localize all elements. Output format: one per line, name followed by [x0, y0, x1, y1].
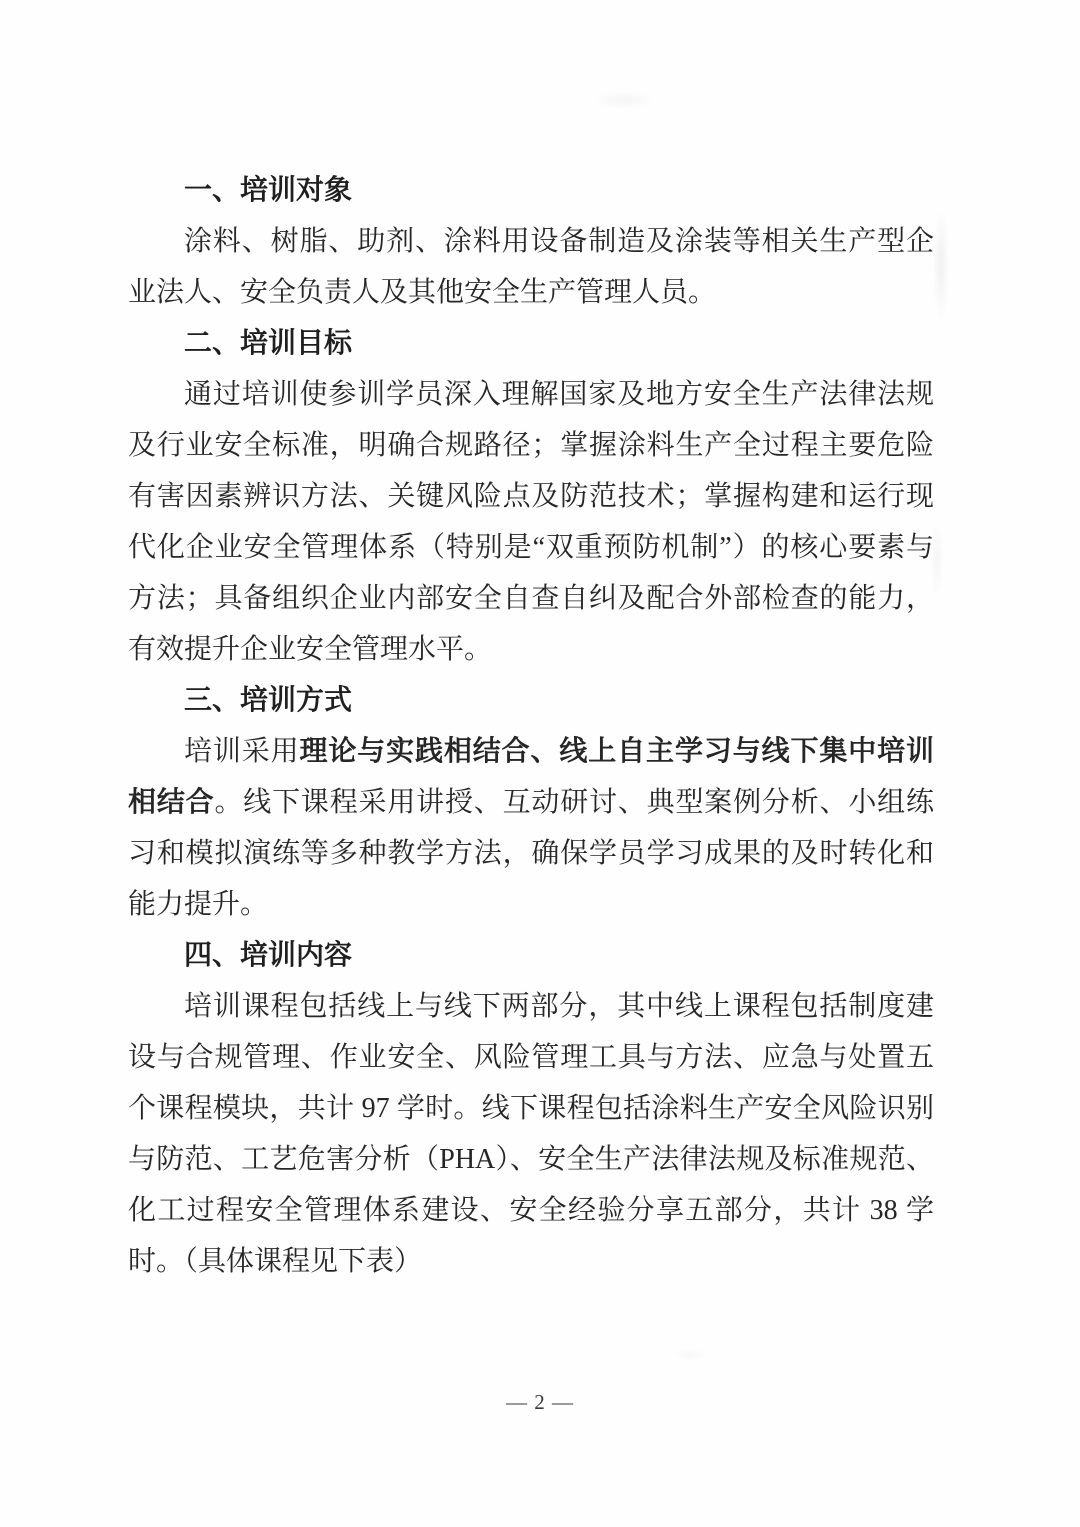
paragraph-training-content: 培训课程包括线上与线下两部分，其中线上课程包括制度建设与合规管理、作业安全、风险… [128, 981, 934, 1287]
section-heading-training-goals: 二、培训目标 [128, 318, 934, 369]
section-heading-training-method: 三、培训方式 [128, 675, 934, 726]
text-segment-plain: 。线下课程采用讲授、互动研讨、典型案例分析、小组练习和模拟演练等多种教学方法，确… [128, 787, 934, 920]
text-segment-plain: 培训采用 [184, 736, 300, 767]
section-heading-training-audience: 一、培训对象 [128, 165, 934, 216]
paragraph-training-goals: 通过培训使参训学员深入理解国家及地方安全生产法律法规及行业安全标准，明确合规路径… [128, 369, 934, 675]
document-body: 一、培训对象 涂料、树脂、助剂、涂料用设备制造及涂装等相关生产型企业法人、安全负… [128, 165, 934, 1287]
page-number: — 2 — [0, 1390, 1080, 1415]
paragraph-training-audience: 涂料、树脂、助剂、涂料用设备制造及涂装等相关生产型企业法人、安全负责人及其他安全… [128, 216, 934, 318]
paragraph-training-method: 培训采用理论与实践相结合、线上自主学习与线下集中培训相结合。线下课程采用讲授、互… [128, 726, 934, 930]
document-page: 一、培训对象 涂料、树脂、助剂、涂料用设备制造及涂装等相关生产型企业法人、安全负… [0, 0, 1080, 1527]
section-heading-training-content: 四、培训内容 [128, 930, 934, 981]
